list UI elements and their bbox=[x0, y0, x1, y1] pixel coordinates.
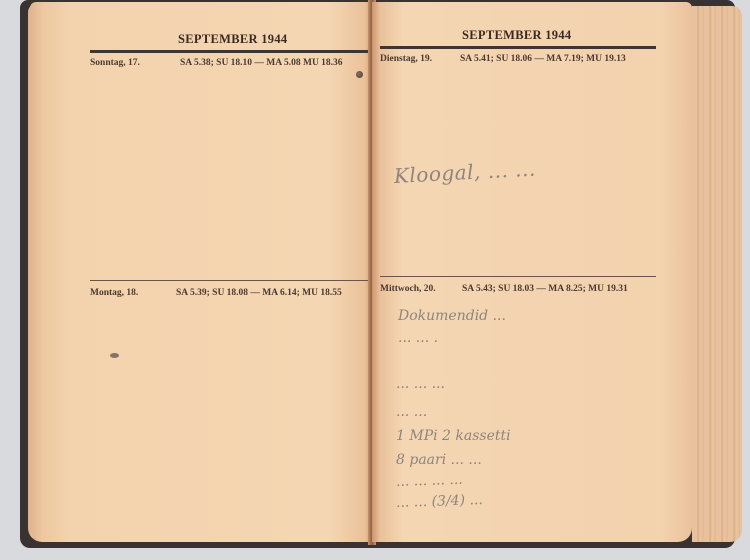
entry-divider bbox=[90, 280, 368, 281]
entry-divider bbox=[380, 276, 656, 277]
day-label: Dienstag, 19. bbox=[380, 54, 432, 64]
handwritten-line: ... ... ... ... bbox=[396, 472, 463, 490]
open-diary-book: SEPTEMBER 1944 Sonntag, 17. SA 5.38; SU … bbox=[10, 0, 740, 550]
handwritten-line: 8 paari ... ... bbox=[396, 452, 482, 468]
sun-moon-times: SA 5.39; SU 18.08 — MA 6.14; MU 18.55 bbox=[176, 288, 342, 298]
full-moon-icon bbox=[356, 71, 363, 78]
handwritten-line: 1 MPi 2 kassetti bbox=[396, 428, 511, 444]
sun-moon-times: SA 5.43; SU 18.03 — MA 8.25; MU 19.31 bbox=[462, 284, 628, 294]
handwritten-line: ... ... . bbox=[398, 330, 438, 346]
handwritten-line: ... ... ... bbox=[396, 376, 445, 392]
day-label: Mittwoch, 20. bbox=[380, 284, 436, 294]
ink-spot bbox=[110, 353, 119, 358]
sun-moon-times: SA 5.38; SU 18.10 — MA 5.08 MU 18.36 bbox=[180, 58, 343, 68]
handwritten-line: Dokumendid ... bbox=[398, 308, 506, 324]
handwritten-line: ... ... (3/4) ... bbox=[396, 492, 483, 511]
left-page: SEPTEMBER 1944 Sonntag, 17. SA 5.38; SU … bbox=[30, 2, 372, 542]
day-label: Montag, 18. bbox=[90, 288, 138, 298]
sun-moon-times: SA 5.41; SU 18.06 — MA 7.19; MU 19.13 bbox=[460, 54, 626, 64]
right-page: SEPTEMBER 1944 Dienstag, 19. SA 5.41; SU… bbox=[372, 2, 692, 542]
day-label: Sonntag, 17. bbox=[90, 58, 140, 68]
right-page-header: SEPTEMBER 1944 bbox=[462, 28, 571, 43]
left-page-header: SEPTEMBER 1944 bbox=[178, 32, 287, 47]
right-page-edges bbox=[692, 6, 742, 542]
handwritten-line: ... ... bbox=[396, 404, 427, 420]
header-rule bbox=[90, 50, 368, 53]
header-rule bbox=[380, 46, 656, 49]
handwritten-note: Kloogal, ... ... bbox=[393, 157, 536, 188]
